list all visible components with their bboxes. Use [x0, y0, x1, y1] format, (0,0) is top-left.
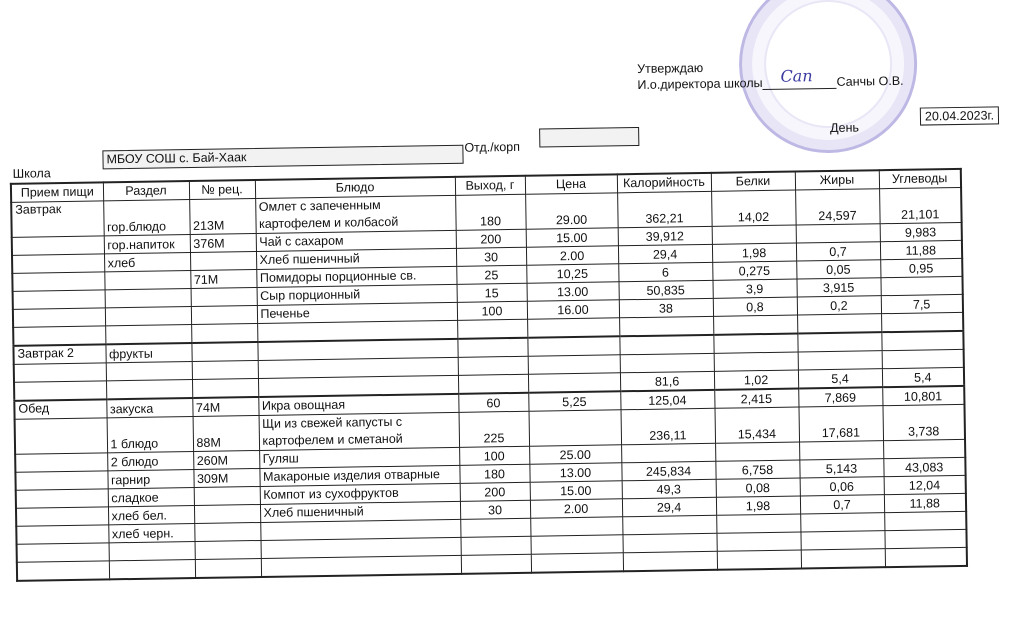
cell-output: 30: [460, 500, 530, 519]
cell-carbs: 21,101: [879, 187, 962, 223]
cell-protein: [717, 550, 801, 570]
cell-price: [528, 355, 620, 374]
cell-fat: [800, 513, 884, 532]
cell-meal: [12, 236, 104, 255]
cell-carbs: 43,083: [883, 457, 965, 476]
cell-fat: 5,143: [799, 459, 883, 478]
cell-meal: Обед: [14, 399, 106, 419]
cell-meal: [15, 453, 107, 472]
cell-section: гор.блюдо: [103, 200, 190, 236]
cell-section: хлеб черн.: [108, 524, 194, 543]
cell-meal: [16, 507, 108, 526]
cell-calories: [619, 335, 713, 355]
meal-header: Прием пищи: [11, 182, 103, 202]
cell-protein: 15,434: [715, 407, 800, 443]
cell-fat: [798, 351, 882, 370]
cell-output: 225: [459, 411, 530, 447]
dept-field: [539, 127, 639, 148]
cell-calories: 6: [618, 262, 712, 281]
cell-output: [458, 374, 528, 394]
cell-protein: 1,02: [714, 370, 798, 390]
cell-output: 100: [457, 301, 527, 320]
cell-output: 60: [458, 393, 528, 413]
cell-recipe: [190, 252, 256, 271]
cell-carbs: 3,738: [882, 404, 965, 440]
recipe-header: № рец.: [189, 180, 255, 200]
cell-calories: [620, 353, 714, 372]
fat-header: Жиры: [795, 170, 879, 190]
cell-fat: 7,869: [798, 387, 882, 407]
cell-recipe: 309М: [193, 468, 259, 487]
cell-output: 200: [456, 229, 526, 248]
cell-section: хлеб: [104, 253, 190, 272]
cell-protein: 0,8: [713, 297, 797, 316]
cell-meal: [16, 525, 108, 544]
cell-section: фрукты: [105, 343, 191, 363]
cell-recipe: [194, 522, 260, 541]
cell-calories: 39,912: [618, 226, 712, 245]
cell-output: [458, 356, 528, 375]
cell-recipe: [191, 306, 257, 325]
cell-meal: [15, 418, 108, 454]
cell-price: [527, 318, 619, 338]
cell-meal: [13, 326, 105, 346]
cell-price: [529, 410, 622, 446]
cell-protein: 1,98: [716, 496, 800, 515]
cell-carbs: 12,04: [884, 475, 966, 494]
cell-carbs: [880, 276, 962, 295]
cell-section: хлеб бел.: [108, 506, 194, 525]
cell-output: [457, 338, 527, 358]
menu-document: Утверждаю И.о.директора школыСапСанчы О.…: [0, 0, 1024, 628]
cell-recipe: [192, 360, 258, 379]
signatory-title: И.о.директора школы: [637, 76, 762, 92]
cell-fat: 0,7: [796, 242, 880, 261]
cell-meal: Завтрак 2: [13, 344, 105, 364]
cell-meal: Завтрак: [11, 201, 104, 237]
cell-meal: [17, 543, 109, 562]
cell-calories: 245,834: [621, 461, 715, 480]
cell-calories: 125,04: [620, 390, 714, 410]
cell-price: 10,25: [526, 264, 618, 283]
cell-output: 15: [457, 283, 527, 302]
cell-output: 30: [456, 247, 526, 266]
output-header: Выход, г: [455, 176, 525, 196]
cell-protein: 3,9: [712, 279, 796, 298]
cell-section: гор.напиток: [104, 235, 190, 254]
cell-output: 180: [459, 464, 529, 483]
cell-protein: [715, 442, 799, 461]
cell-price: 2.00: [530, 499, 622, 518]
cell-carbs: [884, 511, 966, 530]
cell-output: 25: [456, 265, 526, 284]
cell-dish: [261, 555, 461, 577]
cell-section: [106, 362, 192, 381]
cell-recipe: 74М: [192, 397, 258, 417]
cell-calories: 49,3: [622, 479, 716, 498]
cell-meal: [13, 308, 105, 327]
cell-protein: [716, 532, 800, 551]
cell-price: 15.00: [526, 228, 618, 247]
cell-fat: [800, 531, 884, 550]
cell-price: 2.00: [526, 246, 618, 265]
cell-output: 100: [459, 446, 529, 465]
cell-protein: 1,98: [712, 243, 796, 262]
cell-calories: 362,21: [617, 191, 712, 227]
cell-fat: 17,681: [798, 406, 883, 442]
cell-protein: 14,02: [711, 190, 796, 226]
cell-fat: [796, 224, 880, 243]
cell-calories: [623, 551, 717, 571]
cell-carbs: 9,983: [880, 222, 962, 241]
cell-section: сладкое: [108, 488, 194, 507]
cell-fat: 0,2: [797, 296, 881, 315]
cell-meal: [14, 363, 106, 382]
cell-meal: [17, 561, 109, 581]
cell-price: 13.00: [527, 282, 619, 301]
cell-carbs: 11,88: [880, 240, 962, 259]
cell-section: гарнир: [107, 470, 193, 489]
cell-price: 25.00: [529, 445, 621, 464]
cell-calories: [621, 443, 715, 462]
cell-meal: [13, 290, 105, 309]
cell-carbs: [884, 529, 966, 548]
cell-recipe: [195, 540, 261, 559]
cell-fat: 0,05: [796, 260, 880, 279]
cell-section: [105, 325, 191, 345]
cell-price: 29.00: [525, 193, 618, 229]
date-field: 20.04.2023г.: [920, 106, 999, 125]
cell-carbs: [881, 331, 963, 351]
section-header: Раздел: [103, 181, 189, 201]
cell-recipe: 376М: [190, 234, 256, 253]
cell-calories: [622, 533, 716, 552]
cell-protein: 0,08: [716, 478, 800, 497]
cell-carbs: [883, 439, 965, 458]
cell-fat: 3,915: [796, 278, 880, 297]
cell-protein: [716, 514, 800, 533]
dept-label: Отд./корп: [464, 140, 520, 155]
cell-calories: 81,6: [620, 371, 714, 391]
protein-header: Белки: [711, 172, 795, 192]
cell-recipe: [191, 342, 257, 362]
price-header: Цена: [525, 174, 617, 194]
cell-calories: 236,11: [621, 408, 716, 444]
cell-recipe: 213М: [189, 199, 256, 235]
cell-price: 5,25: [528, 391, 620, 411]
cell-carbs: 11,88: [884, 493, 966, 512]
cell-price: [527, 336, 619, 356]
cell-recipe: [194, 504, 260, 523]
cell-carbs: [881, 312, 963, 332]
cell-output: 180: [455, 194, 526, 230]
cell-section: 2 блюдо: [107, 452, 193, 471]
cell-price: 13.00: [529, 463, 621, 482]
signature-line: Сап: [762, 76, 836, 90]
cell-protein: [713, 315, 797, 335]
cell-price: [530, 535, 622, 554]
cell-protein: [714, 352, 798, 371]
cell-price: [530, 517, 622, 536]
cell-section: [104, 271, 190, 290]
cell-recipe: [191, 324, 257, 344]
cell-recipe: [195, 558, 261, 578]
signatory-name: Санчы О.В.: [836, 74, 903, 89]
cell-carbs: 5,4: [882, 367, 964, 387]
cell-output: [460, 518, 530, 537]
cell-section: [105, 289, 191, 308]
cell-meal: [14, 381, 106, 401]
cell-section: [109, 560, 195, 580]
cell-recipe: 260М: [193, 450, 259, 469]
cell-output: 200: [460, 482, 530, 501]
cell-dish: Омлет с запеченным картофелем и колбасой: [255, 195, 456, 233]
cell-price: [528, 373, 620, 393]
cell-dish: Макароные изделия отварные: [259, 465, 459, 486]
school-field: МБОУ СОШ с. Бай-Хаак: [102, 145, 463, 170]
cell-calories: [622, 515, 716, 534]
cell-protein: 2,415: [714, 389, 798, 409]
cell-section: закуска: [106, 398, 192, 418]
signature: Сап: [780, 66, 812, 86]
cell-fat: [797, 314, 881, 334]
cell-calories: 38: [619, 298, 713, 317]
cell-fat: 0,7: [800, 495, 884, 514]
cell-carbs: [885, 547, 967, 567]
cell-recipe: [191, 288, 257, 307]
cell-price: 15.00: [530, 481, 622, 500]
day-label: День: [830, 121, 859, 135]
cell-calories: [619, 316, 713, 336]
cell-fat: [801, 549, 885, 569]
cell-price: 16.00: [527, 300, 619, 319]
cell-carbs: 10,801: [882, 386, 964, 406]
cell-section: [106, 380, 192, 400]
calories-header: Калорийность: [617, 173, 711, 193]
cell-output: [461, 554, 531, 574]
cell-protein: 6,758: [715, 460, 799, 479]
carbs-header: Углеводы: [879, 169, 961, 189]
cell-meal: [15, 471, 107, 490]
cell-protein: 0,275: [712, 261, 796, 280]
cell-fat: 0,06: [800, 477, 884, 496]
cell-calories: 29,4: [618, 244, 712, 263]
cell-section: 1 блюдо: [107, 417, 194, 453]
cell-recipe: 71М: [190, 270, 256, 289]
cell-dish: Щи из свежей капусты с картофелем и смет…: [259, 412, 460, 450]
cell-section: [109, 542, 195, 561]
cell-fat: 5,4: [798, 369, 882, 389]
cell-section: [105, 307, 191, 326]
cell-meal: [16, 489, 108, 508]
cell-meal: [12, 254, 104, 273]
cell-fat: [799, 441, 883, 460]
cell-carbs: 7,5: [881, 294, 963, 313]
menu-table: Прием пищиРаздел№ рец.БлюдоВыход, гЦенаК…: [10, 168, 968, 582]
cell-carbs: [882, 349, 964, 368]
cell-price: [531, 553, 623, 573]
cell-output: [457, 319, 527, 339]
cell-recipe: [194, 486, 260, 505]
cell-fat: 24,597: [795, 189, 880, 225]
school-label: Школа: [13, 166, 51, 181]
cell-recipe: 88М: [193, 415, 260, 451]
cell-output: [460, 536, 530, 555]
cell-recipe: [192, 378, 258, 398]
cell-fat: [797, 332, 881, 352]
cell-protein: [712, 225, 796, 244]
cell-calories: 50,835: [619, 280, 713, 299]
cell-protein: [713, 334, 797, 354]
cell-meal: [12, 272, 104, 291]
cell-carbs: 0,95: [880, 258, 962, 277]
cell-calories: 29,4: [622, 497, 716, 516]
